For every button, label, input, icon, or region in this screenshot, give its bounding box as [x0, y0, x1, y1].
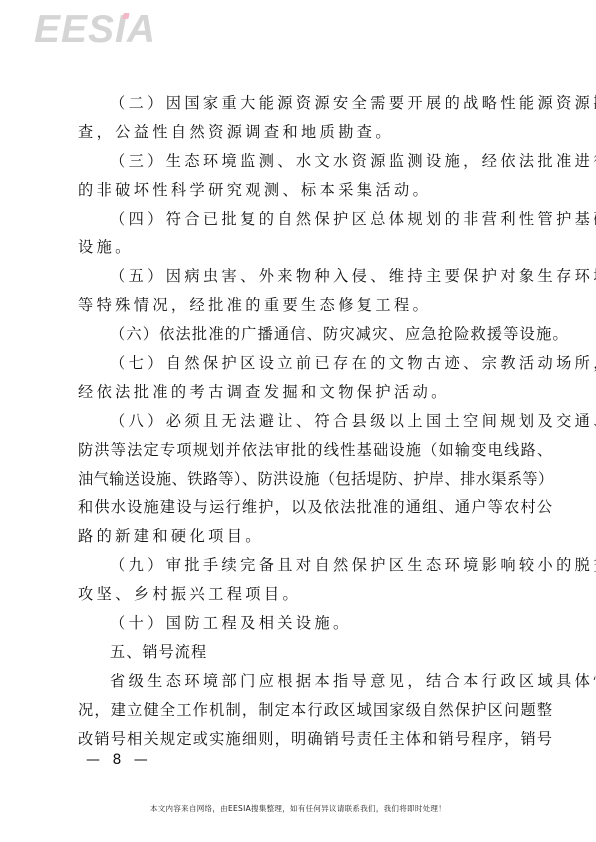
footer-disclaimer: 本文内容来自网络，由EESIA搜集整理，如有任何异议请联系我们，我们将即时处理！ — [0, 803, 596, 815]
paragraph-line: 防洪等法定专项规划并依法审批的线性基础设施（如输变电线路、 — [78, 436, 520, 465]
paragraph-line: 攻坚、乡村振兴工程项目。 — [78, 580, 520, 609]
paragraph-line: 路的新建和硬化项目。 — [78, 522, 520, 551]
paragraph-line: 的非破坏性科学研究观测、标本采集活动。 — [78, 176, 520, 205]
paragraph-line: （八）必须且无法避让、符合县级以上国土空间规划及交通、 — [78, 407, 520, 436]
logo-text-prefix: EES — [34, 8, 115, 51]
paragraph-line: （九）审批手续完备且对自然保护区生态环境影响较小的脱贫 — [78, 551, 520, 580]
paragraph-line: （二）因国家重大能源资源安全需要开展的战略性能源资源勘 — [78, 89, 520, 118]
eesia-watermark-logo: EESIA — [34, 8, 156, 52]
paragraph-line: 油气输送设施、铁路等）、防洪设施（包括堤防、护岸、排水渠系等） — [78, 465, 520, 494]
paragraph-line: 和供水设施建设与运行维护，以及依法批准的通组、通户等农村公 — [78, 493, 520, 522]
page-number: — 8 — — [86, 749, 152, 771]
paragraph-line: 等特殊情况，经批准的重要生态修复工程。 — [78, 291, 520, 320]
paragraph-line: 省级生态环境部门应根据本指导意见，结合本行政区域具体情 — [78, 667, 520, 696]
paragraph-line: （三）生态环境监测、水文水资源监测设施，经依法批准进行 — [78, 147, 520, 176]
paragraph-line: 设施。 — [78, 233, 520, 262]
logo-letter-i: I — [115, 8, 127, 52]
paragraph-line: 查，公益性自然资源调查和地质勘查。 — [78, 118, 520, 147]
paragraph-line: （四）符合已批复的自然保护区总体规划的非营利性管护基础 — [78, 205, 520, 234]
logo-text-suffix: A — [127, 8, 156, 51]
document-body: （二）因国家重大能源资源安全需要开展的战略性能源资源勘 查，公益性自然资源调查和… — [78, 89, 520, 753]
paragraph-line: （六）依法批准的广播通信、防灾减灾、应急抢险救援等设施。 — [78, 320, 520, 349]
paragraph-line: （十）国防工程及相关设施。 — [78, 609, 520, 638]
section-heading: 五、销号流程 — [78, 638, 520, 667]
paragraph-line: 况，建立健全工作机制，制定本行政区域国家级自然保护区问题整 — [78, 696, 520, 725]
paragraph-line: （七）自然保护区设立前已存在的文物古迹、宗教活动场所， — [78, 349, 520, 378]
paragraph-line: （五）因病虫害、外来物种入侵、维持主要保护对象生存环境 — [78, 262, 520, 291]
paragraph-line: 经依法批准的考古调查发掘和文物保护活动。 — [78, 378, 520, 407]
